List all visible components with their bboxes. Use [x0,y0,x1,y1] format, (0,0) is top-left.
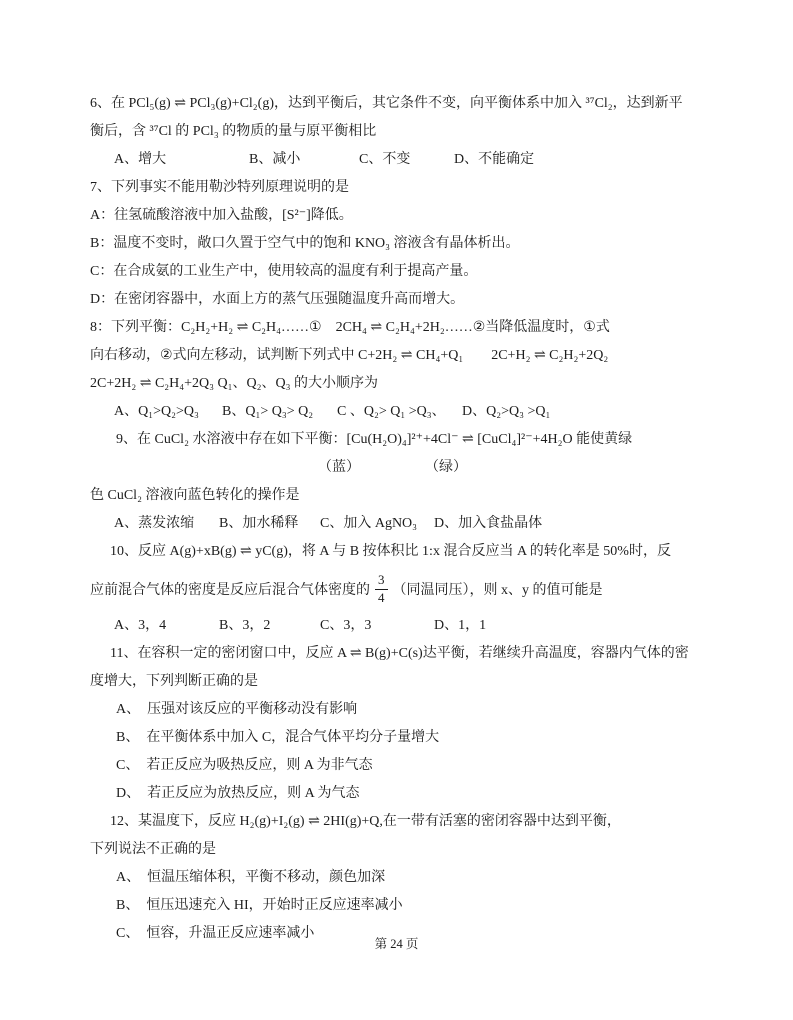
question-11-option-b: B、 在平衡体系中加入 C，混合气体平均分子量增大 [90,724,715,752]
question-8-option-d: D、Q₂>Q₃ >Q₁ [462,398,550,426]
question-10-line-1: 10、反应 A(g)+xB(g) ⇌ yC(g)，将 A 与 B 按体积比 1:… [90,538,715,566]
green-label: （绿） [432,460,467,475]
question-11-option-c: C、 若正反应为吸热反应，则 A 为非气态 [90,752,715,780]
question-12-line-1: 12、某温度下，反应 H₂(g)+I₂(g) ⇌ 2HI(g)+Q,在一带有活塞… [90,808,715,836]
fraction-numerator: 3 [375,573,388,590]
question-10-option-b: B、3，2 [219,612,320,640]
question-12-option-a: A、 恒温压缩体积，平衡不移动，颜色加深 [90,864,715,892]
question-10-option-c: C、3，3 [320,612,434,640]
question-8-option-a: A、Q₁>Q₂>Q₃ [114,398,222,426]
question-10-line-2-post: （同温同压），则 x、y 的值可能是 [393,579,603,599]
question-8-line-2: 向右移动，②式向左移动，试判断下列式中 C+2H₂ ⇌ CH₄+Q₁ 2C+H₂… [90,342,715,370]
question-6-options: A、增大 B、减小 C、不变 D、不能确定 [90,146,715,174]
question-10-line-2: 应前混合气体的密度是反应后混合气体密度的34（同温同压），则 x、y 的值可能是 [90,566,715,612]
question-10-line-2-pre: 应前混合气体的密度是反应后混合气体密度的 [90,579,370,599]
question-6-option-b: B、减小 [249,146,359,174]
question-8-option-b: B、Q₁> Q₃> Q₂ [222,398,337,426]
document-page: 6、在 PCl₅(g) ⇌ PCl₃(g)+Cl₂(g)，达到平衡后，其它条件不… [0,0,793,1020]
question-9-options: A、蒸发浓缩 B、加水稀释 C、加入 AgNO₃ D、加入食盐晶体 [90,510,715,538]
question-8-line-1: 8：下列平衡：C₂H₂+H₂ ⇌ C₂H₄……① 2CH₄ ⇌ C₂H₄+2H₂… [90,314,715,342]
question-9-option-c: C、加入 AgNO₃ [320,510,434,538]
question-12-line-2: 下列说法不正确的是 [90,836,715,864]
question-11-option-a: A、 压强对该反应的平衡移动没有影响 [90,696,715,724]
question-7-option-a: A：往氢硫酸溶液中加入盐酸，[S²⁻]降低。 [90,202,715,230]
question-9-option-b: B、加水稀释 [219,510,320,538]
question-11-line-1: 11、在容积一定的密闭窗口中，反应 A ⇌ B(g)+C(s)达平衡，若继续升高… [90,640,715,668]
question-6-option-c: C、不变 [359,146,454,174]
fraction-three-fourths: 34 [375,573,388,606]
page-number: 第 24 页 [0,934,793,952]
question-9-option-a: A、蒸发浓缩 [114,510,219,538]
question-6-line-1: 6、在 PCl₅(g) ⇌ PCl₃(g)+Cl₂(g)，达到平衡后，其它条件不… [90,90,715,118]
question-9-option-d: D、加入食盐晶体 [434,510,542,538]
question-9-line-1: 9、在 CuCl₂ 水溶液中存在如下平衡：[Cu(H₂O)₄]²⁺+4Cl⁻ ⇌… [90,426,715,454]
question-6-line-2: 衡后，含 ³⁷Cl 的 PCl₃ 的物质的量与原平衡相比 [90,118,715,146]
question-12-option-b: B、 恒压迅速充入 HI，开始时正反应速率减小 [90,892,715,920]
question-10-options: A、3，4 B、3，2 C、3，3 D、1，1 [90,612,715,640]
question-9-line-2: 色 CuCl₂ 溶液向蓝色转化的操作是 [90,482,715,510]
question-7-option-c: C：在合成氨的工业生产中，使用较高的温度有利于提高产量。 [90,258,715,286]
question-7-stem: 7、下列事实不能用勒沙特列原理说明的是 [90,174,715,202]
question-11-option-d: D、 若正反应为放热反应，则 A 为气态 [90,780,715,808]
question-8-option-c: C 、Q₂> Q₁ >Q₃、 [337,398,462,426]
question-7-option-b: B：温度不变时，敞口久置于空气中的饱和 KNO₃ 溶液含有晶体析出。 [90,230,715,258]
blue-label: （蓝） [318,460,360,475]
question-6-option-a: A、增大 [114,146,249,174]
question-6-option-d: D、不能确定 [454,146,534,174]
question-7-option-d: D：在密闭容器中，水面上方的蒸气压强随温度升高而增大。 [90,286,715,314]
question-11-line-2: 度增大，下列判断正确的是 [90,668,715,696]
question-8-line-3: 2C+2H₂ ⇌ C₂H₄+2Q₃ Q₁、Q₂、Q₃ 的大小顺序为 [90,370,715,398]
question-10-option-d: D、1，1 [434,612,486,640]
fraction-denominator: 4 [378,590,385,606]
question-9-color-labels: （蓝）（绿） [90,454,715,482]
question-8-options: A、Q₁>Q₂>Q₃ B、Q₁> Q₃> Q₂ C 、Q₂> Q₁ >Q₃、 D… [90,398,715,426]
question-10-option-a: A、3，4 [114,612,219,640]
